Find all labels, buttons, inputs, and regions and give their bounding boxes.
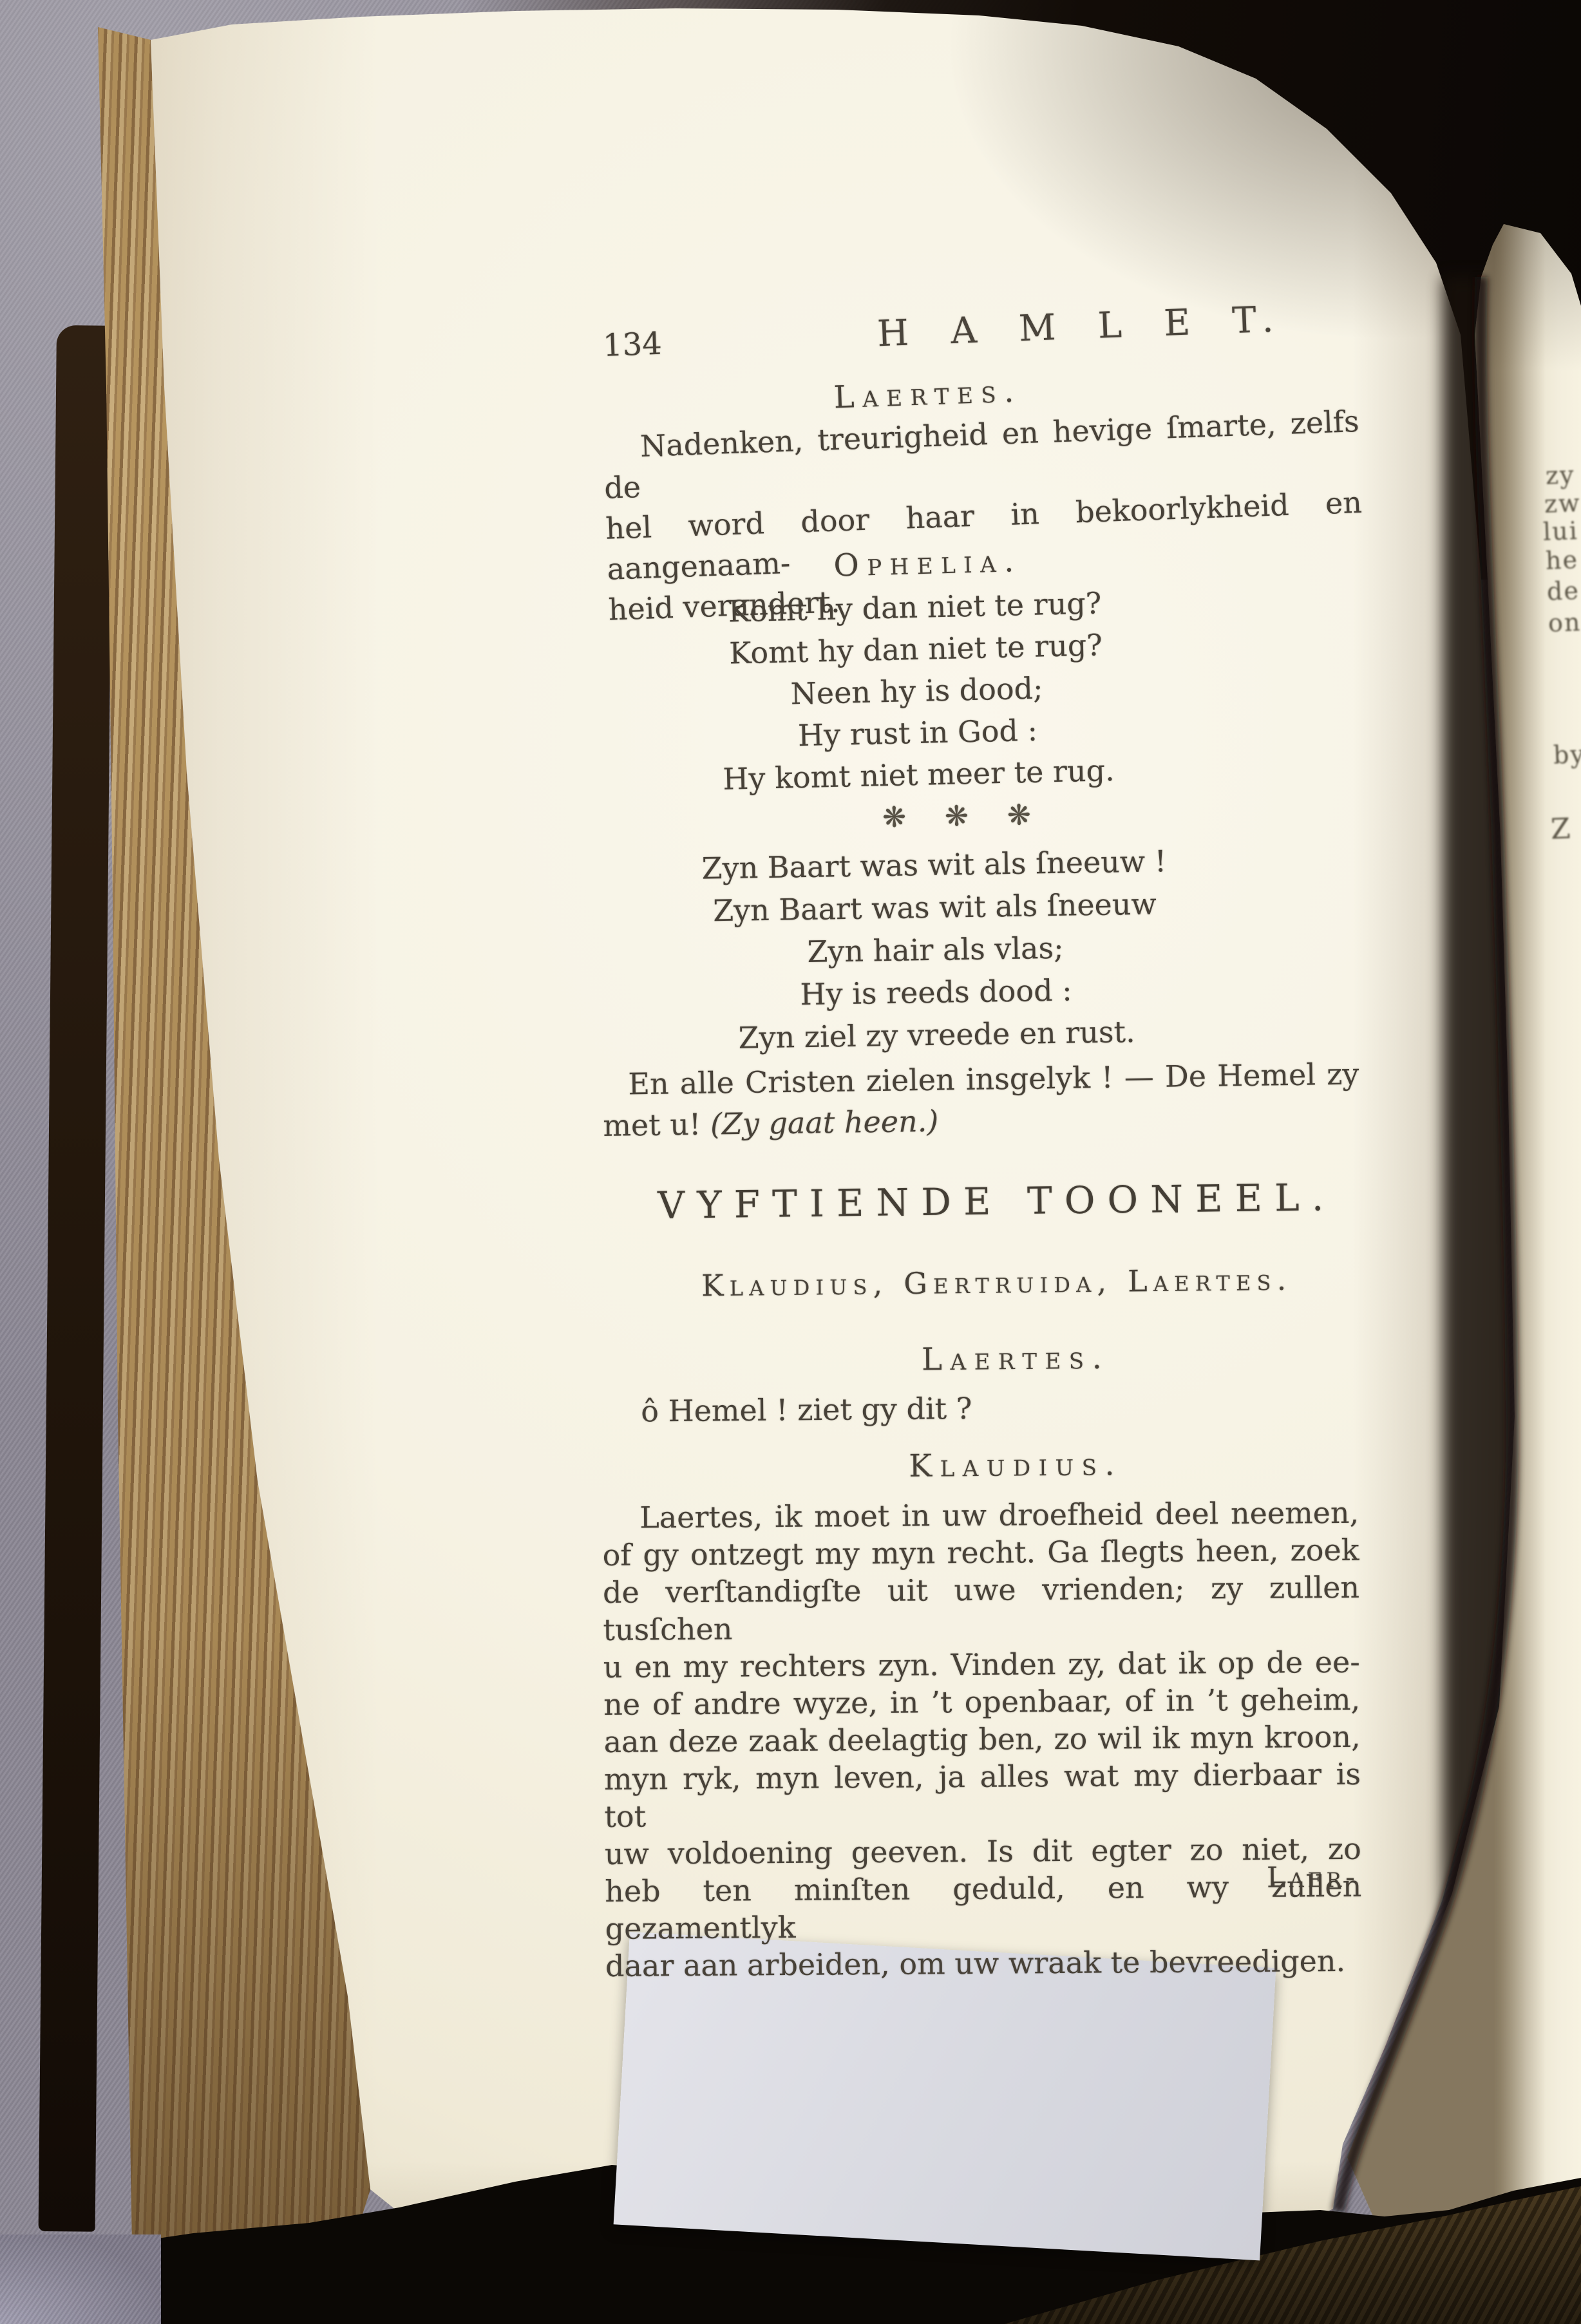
speech-line: daar aan arbeiden, om uw wraak te bevree… <box>605 1942 1362 1985</box>
rosette-ornament: ❋ <box>1007 798 1031 832</box>
page-header: 134 H A M L E T. <box>602 298 1359 365</box>
character-list: Klaudius, Gertruida, Laertes. <box>669 1262 1292 1303</box>
rosette-ornament: ❋ <box>882 801 907 835</box>
catchword: Laer- <box>602 1858 1365 1901</box>
ophelia-closing: En alle Cristen zielen insgelyk ! — De H… <box>602 1053 1360 1146</box>
speech-line: of gy ontzegt my myn recht. Ga ſlegts he… <box>602 1531 1359 1574</box>
ophelia-song-2: Zyn Baart was wit als ſneeuw ! Zyn Baart… <box>602 838 1269 1061</box>
speaker-name: Klaudius. <box>909 1446 1122 1484</box>
stage-direction: (Zy gaat heen.) <box>710 1104 939 1142</box>
facing-fragment: lui <box>1542 516 1578 546</box>
facing-fragment: de <box>1546 576 1580 606</box>
running-title: H A M L E T. <box>724 298 1360 359</box>
facing-fragment: Z <box>1550 812 1572 846</box>
speaker-name: Ophelia. <box>833 543 1023 584</box>
speech-line: myn ryk, myn leven, ja alles wat my dier… <box>604 1755 1361 1835</box>
facing-fragment: on <box>1548 608 1581 638</box>
page-number: 134 <box>602 322 726 365</box>
facing-fragment: by <box>1553 740 1581 770</box>
scene-heading: VYFTIENDE TOONEEL. <box>602 1178 1359 1228</box>
rosette-ornament: ❋ <box>945 800 969 833</box>
speaker-heading: Laertes. <box>652 1336 1379 1381</box>
speech-text: met u! <box>603 1107 710 1143</box>
table-fabric-corner <box>0 2234 161 2324</box>
speech-line: Laertes, ik moet in uw droefheid deel ne… <box>602 1494 1359 1536</box>
facing-fragment: he <box>1545 545 1578 575</box>
speech-line: de verſtandigſte uit uwe vrienden; zy zu… <box>603 1569 1360 1649</box>
ophelia-song: Komt hy dan niet te rug? Komt hy dan nie… <box>602 580 1231 803</box>
speech-line: u en my rechters zyn. Vinden zy, dat ik … <box>603 1643 1360 1686</box>
speaker-name: Laertes. <box>833 373 1023 415</box>
page-text: 134 H A M L E T. Laertes. Nadenken, treu… <box>602 0 1359 2324</box>
speech-line: ne of andre wyze, in ’t openbaar, of in … <box>603 1681 1360 1723</box>
book-photo: zy zw lui he de on by Z 134 H A M L E T.… <box>0 0 1581 2324</box>
laertes-line: ô Hemel ! ziet gy dit ? <box>602 1385 1397 1431</box>
speaker-name: Laertes. <box>922 1340 1110 1378</box>
scene-title: VYFTIENDE TOONEEL. <box>625 1175 1336 1227</box>
speaker-heading: Klaudius. <box>652 1443 1379 1488</box>
klaudius-speech: Laertes, ik moet in uw droefheid deel ne… <box>602 1494 1362 1985</box>
speech-line: aan deze zaak deelagtig ben, zo wil ik m… <box>603 1718 1360 1761</box>
speech-line: ô Hemel ! ziet gy dit ? <box>641 1391 972 1428</box>
facing-fragment: zy <box>1545 460 1575 490</box>
scene-characters: Klaudius, Gertruida, Laertes. <box>602 1260 1359 1306</box>
facing-fragment: zw <box>1544 489 1581 518</box>
